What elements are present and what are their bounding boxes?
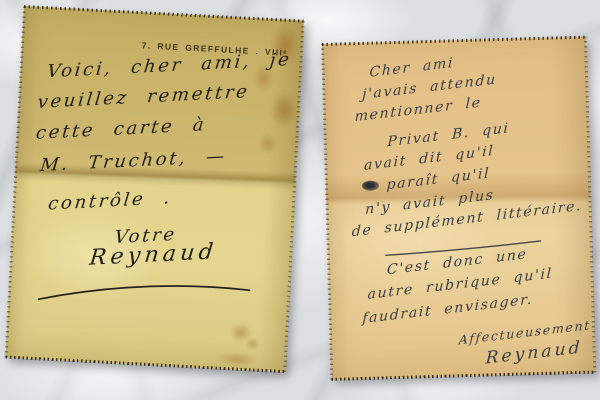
signature: Reynaud bbox=[88, 240, 218, 271]
deckle-edge-top bbox=[322, 36, 586, 46]
deckle-edge-right bbox=[283, 21, 304, 373]
deckle-edge-bottom bbox=[331, 370, 595, 380]
handwritten-line: M. Truchot, — bbox=[39, 146, 228, 176]
handwritten-line: veuillez remettre bbox=[36, 81, 250, 113]
signature-flourish bbox=[34, 269, 255, 314]
deckle-edge-left bbox=[321, 44, 333, 380]
ink-blot bbox=[362, 180, 379, 190]
deckle-edge-top bbox=[24, 5, 304, 23]
stain-lower bbox=[218, 313, 268, 357]
stain-bottom-corner bbox=[201, 342, 272, 372]
handwritten-line: contrôle . bbox=[47, 187, 173, 214]
handwritten-line: cette carte à bbox=[35, 114, 208, 143]
handwritten-line: Voici, cher ami, je bbox=[46, 49, 292, 82]
deckle-edge-bottom bbox=[6, 356, 286, 374]
right-letter-paper: Cher ami j'avais attendu mentionner le P… bbox=[322, 37, 595, 380]
deckle-edge-left bbox=[5, 6, 26, 358]
left-letter-paper: 7. RUE GREFFULHE . VIIIᵉ Voici, cher ami… bbox=[6, 6, 304, 372]
photo-of-letters: 7. RUE GREFFULHE . VIIIᵉ Voici, cher ami… bbox=[0, 0, 600, 400]
